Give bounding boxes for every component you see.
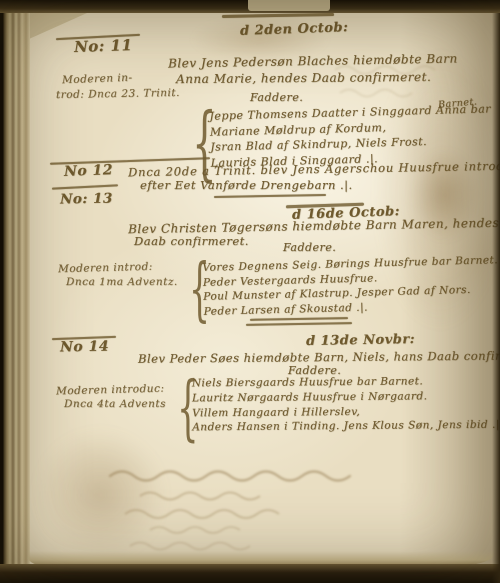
- margin-note-line-2: Dnca 4ta Advents: [64, 398, 166, 410]
- page-corner-fold: [29, 13, 87, 39]
- book-bottom-edge: [0, 564, 500, 583]
- sponsor-line-4: Anders Hansen i Tinding. Jens Klous Søn,…: [192, 418, 500, 436]
- top-edge-notch: [248, 0, 330, 11]
- book-left-edge: [0, 0, 30, 583]
- entry-date-heading: d 13de Novbr:: [306, 332, 415, 349]
- book-top-edge: [0, 0, 500, 13]
- sponsor-list: Niels Biersgaards Huusfrue bar Barnet. L…: [192, 374, 500, 436]
- entry-no-14: No 14 d 13de Novbr: Blev Peder Søes hiem…: [0, 0, 500, 583]
- entry-number: No 14: [60, 339, 109, 356]
- margin-note-line-1: Moderen introduc:: [56, 383, 165, 398]
- photo-right-edge: [492, 0, 500, 583]
- manuscript-photo: No: 11 d 2den Octob: Blev Jens Pedersøn …: [0, 0, 500, 583]
